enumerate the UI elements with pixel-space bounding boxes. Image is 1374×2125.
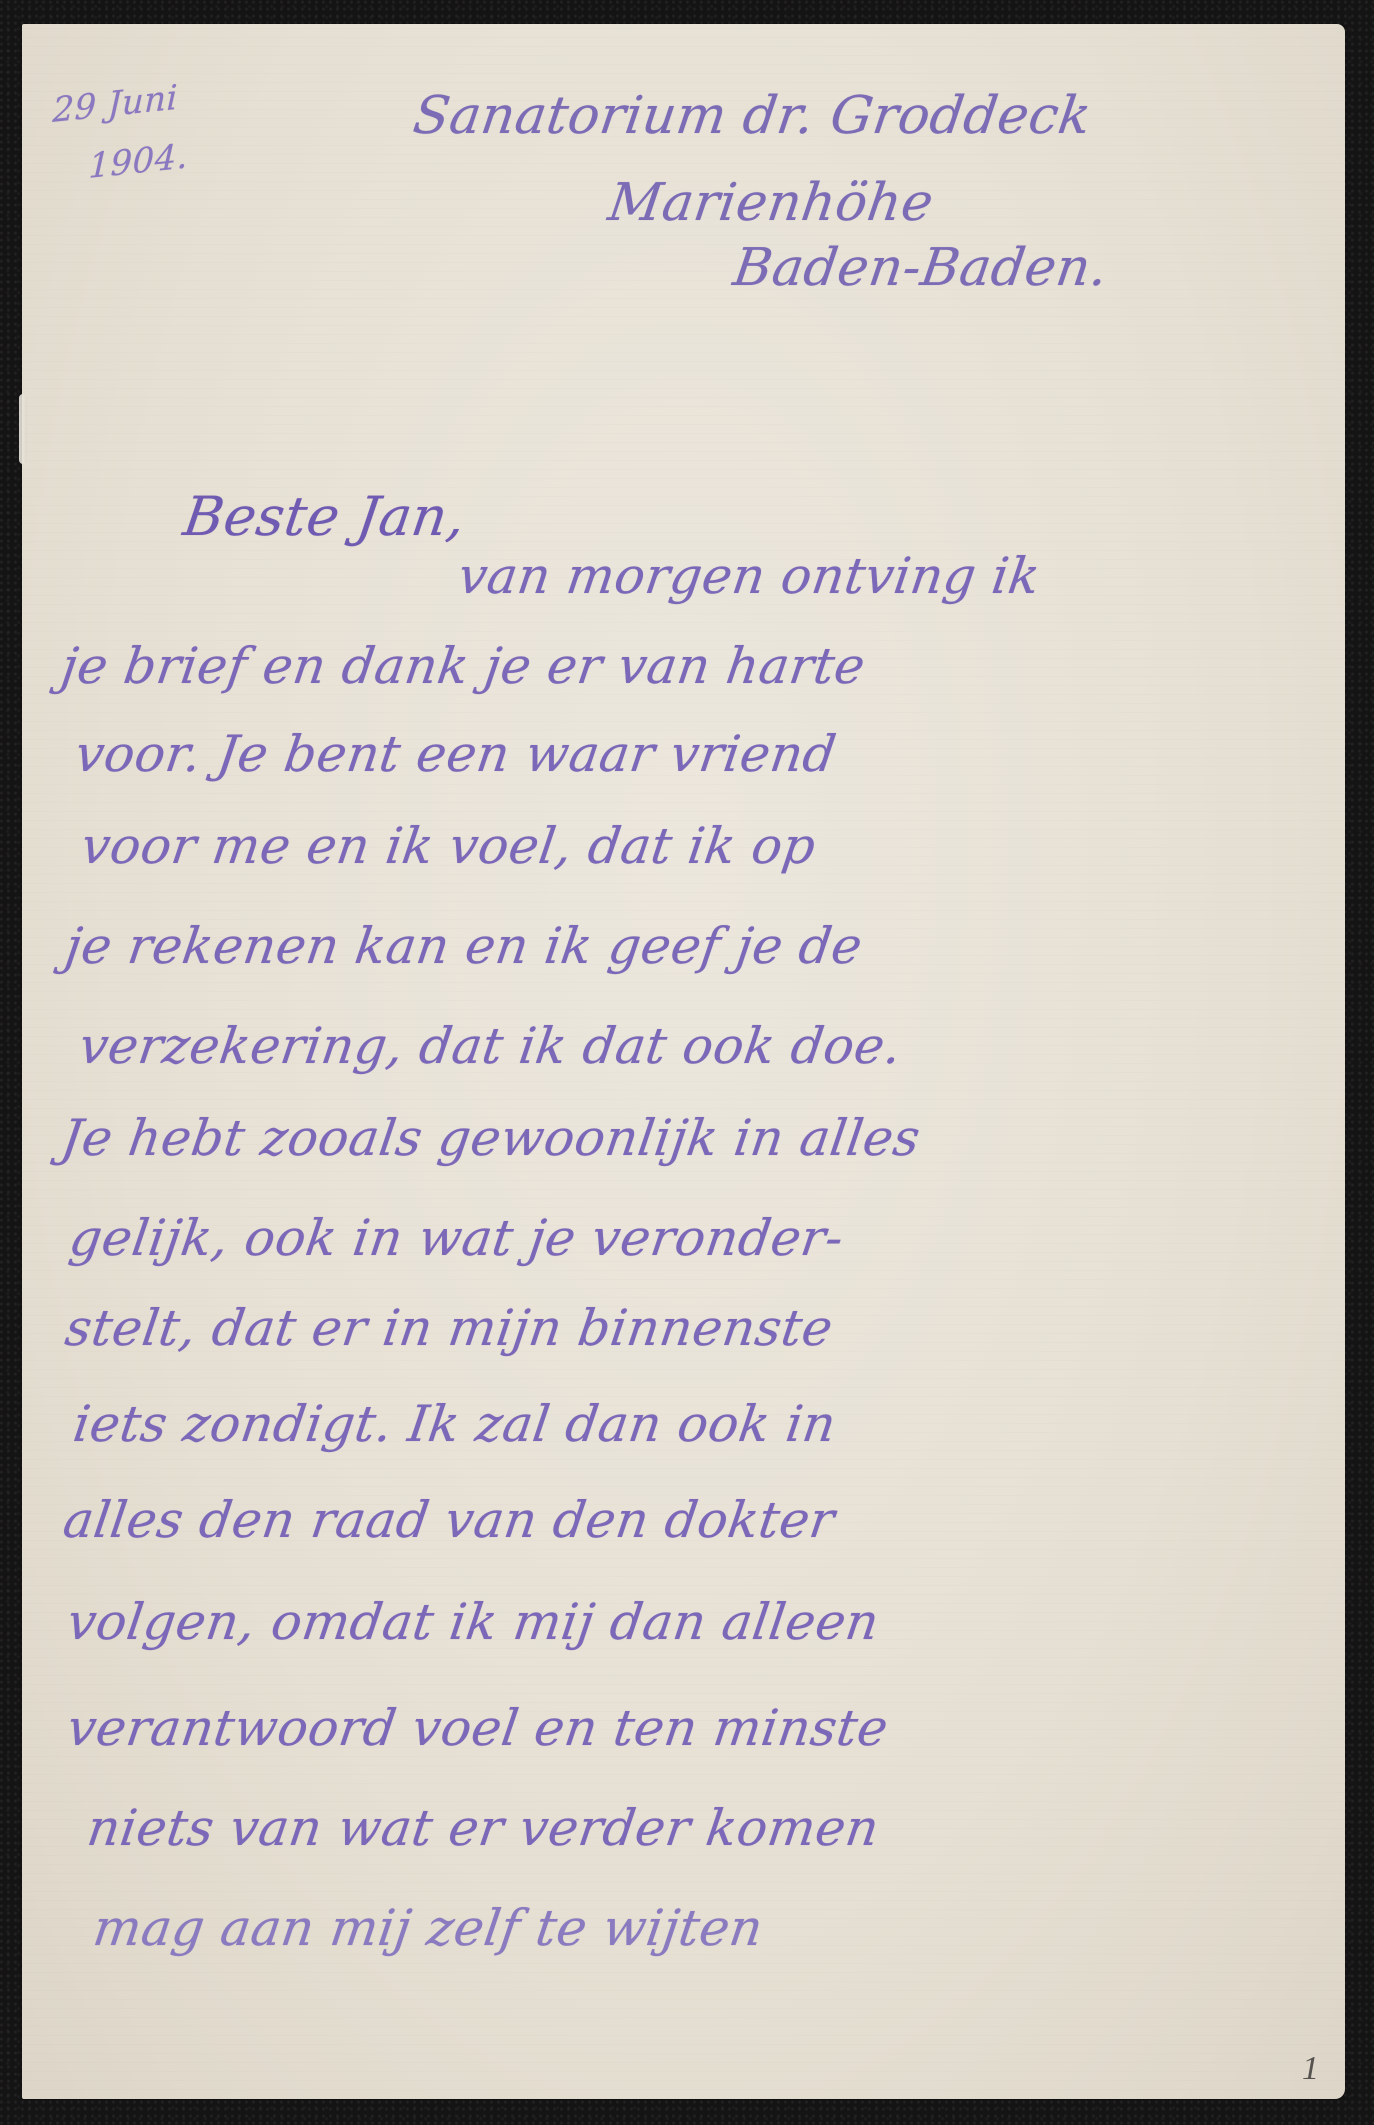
torn-edge (19, 394, 27, 464)
body-line-1: van morgen ontving ik (455, 548, 1044, 604)
body-line-9: stelt, dat er in mijn binnenste (62, 1300, 836, 1356)
body-line-5: je rekenen kan en ik geef je de (62, 918, 866, 974)
body-line-12: volgen, omdat ik mij dan alleen (64, 1594, 883, 1650)
salutation: Beste Jan, (180, 488, 469, 546)
letterhead-marienhoehe: Marienhöhe (605, 175, 937, 231)
body-line-3: voor. Je bent een waar vriend (72, 726, 840, 782)
body-line-14: niets van wat er verder komen (84, 1800, 883, 1856)
letterhead-sanatorium: Sanatorium dr. Groddeck (410, 88, 1095, 144)
body-line-2: je brief en dank je er van harte (58, 638, 869, 694)
body-line-11: alles den raad van den dokter (60, 1492, 838, 1548)
body-line-4: voor me en ik voel, dat ik op (78, 818, 819, 874)
body-line-8: gelijk, ook in wat je veronder- (66, 1210, 847, 1266)
body-line-10: iets zondigt. Ik zal dan ook in (70, 1396, 840, 1452)
body-line-15: mag aan mij zelf te wijten (90, 1900, 767, 1956)
letterhead-baden-baden: Baden-Baden. (730, 240, 1112, 296)
body-line-13: verantwoord voel en ten minste (64, 1700, 892, 1756)
body-line-7: Je hebt zooals gewoonlijk in alles (58, 1110, 924, 1166)
page-number: 1 (1302, 2050, 1319, 2088)
body-line-6: verzekering, dat ik dat ook doe. (76, 1018, 905, 1074)
